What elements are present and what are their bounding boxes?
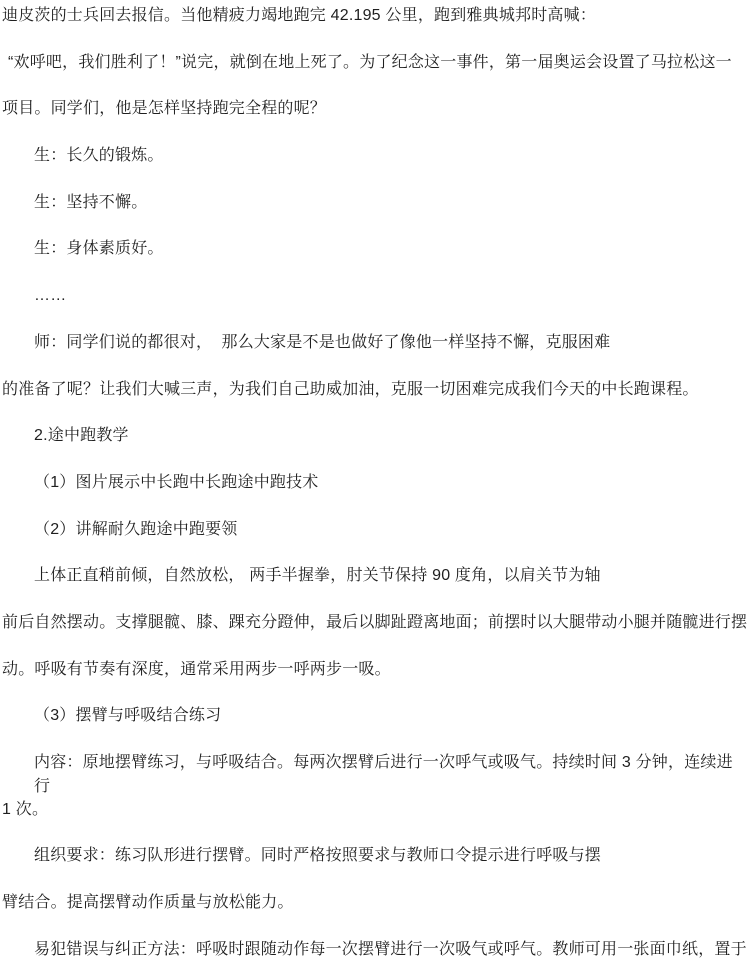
document-line: 易犯错误与纠正方法：呼吸时跟随动作每一次摆臂进行一次吸气或呼气。教师可用一张面巾…	[34, 938, 748, 978]
document-line: （3）摆臂与呼吸结合练习	[34, 704, 748, 751]
document-line: 生：坚持不懈。	[34, 191, 748, 238]
document-line: ……	[34, 284, 748, 331]
document-line: 臂结合。提高摆臂动作质量与放松能力。	[2, 891, 748, 938]
document-line: （1）图片展示中长跑中长跑途中跑技术	[34, 471, 748, 518]
document-line: 动。呼吸有节奏有深度，通常采用两步一呼两步一吸。	[2, 658, 748, 705]
document-line: 生：身体素质好。	[34, 237, 748, 284]
document-line: 生：长久的锻炼。	[34, 144, 748, 191]
document-line: 组织要求：练习队形进行摆臂。同时严格按照要求与教师口令提示进行呼吸与摆	[34, 844, 748, 891]
document-line: 前后自然摆动。支撑腿髋、膝、踝充分蹬伸，最后以脚趾蹬离地面；前摆时以大腿带动小腿…	[2, 611, 748, 658]
document-line: 迪皮茨的士兵回去报信。当他精疲力竭地跑完 42.195 公里，跑到雅典城邦时高喊…	[2, 4, 748, 51]
document-line: （2）讲解耐久跑途中跑要领	[34, 518, 748, 565]
document-line: 2.途中跑教学	[34, 424, 748, 471]
document-line: 的准备了呢？让我们大喊三声，为我们自己助威加油，克服一切困难完成我们今天的中长跑…	[2, 378, 748, 425]
document-line: 内容：原地摆臂练习，与呼吸结合。每两次摆臂后进行一次呼气或吸气。持续时间 3 分…	[34, 751, 748, 798]
document-page: 迪皮茨的士兵回去报信。当他精疲力竭地跑完 42.195 公里，跑到雅典城邦时高喊…	[0, 0, 748, 978]
document-line: “欢呼吧，我们胜利了！”说完，就倒在地上死了。为了纪念这一事件，第一届奥运会设置…	[8, 51, 748, 98]
document-line: 师：同学们说的都很对， 那么大家是不是也做好了像他一样坚持不懈，克服困难	[34, 331, 748, 378]
document-line: 1 次。	[2, 798, 748, 845]
document-line: 上体正直稍前倾，自然放松， 两手半握拳，肘关节保持 90 度角，以肩关节为轴	[34, 564, 748, 611]
document-line: 项目。同学们，他是怎样坚持跑完全程的呢？	[2, 97, 748, 144]
